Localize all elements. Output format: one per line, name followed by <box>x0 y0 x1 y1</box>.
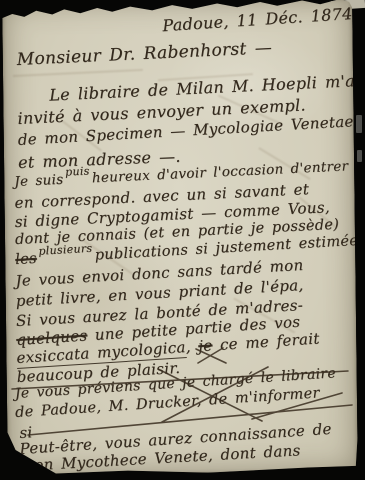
paper-sheet: Padoue, 11 Déc. 1874. Monsieur Dr. Raben… <box>2 0 358 476</box>
struck-word: les <box>15 251 37 268</box>
struck-word: je <box>198 336 213 355</box>
scan-artifact <box>356 115 362 133</box>
salutation-line: Monsieur Dr. Rabenhorst — <box>16 38 272 70</box>
inserted-word: puis <box>65 164 90 178</box>
dateline: Padoue, 11 Déc. 1874. <box>162 4 359 36</box>
scan-background: Padoue, 11 Déc. 1874. Monsieur Dr. Raben… <box>0 0 365 480</box>
scan-artifact <box>357 150 362 162</box>
inserted-word: plusieurs <box>38 242 93 258</box>
letter-text-fragment: , <box>185 338 191 356</box>
show-through-mark <box>13 69 143 77</box>
letter-text-fragment: Je suis <box>14 172 64 190</box>
